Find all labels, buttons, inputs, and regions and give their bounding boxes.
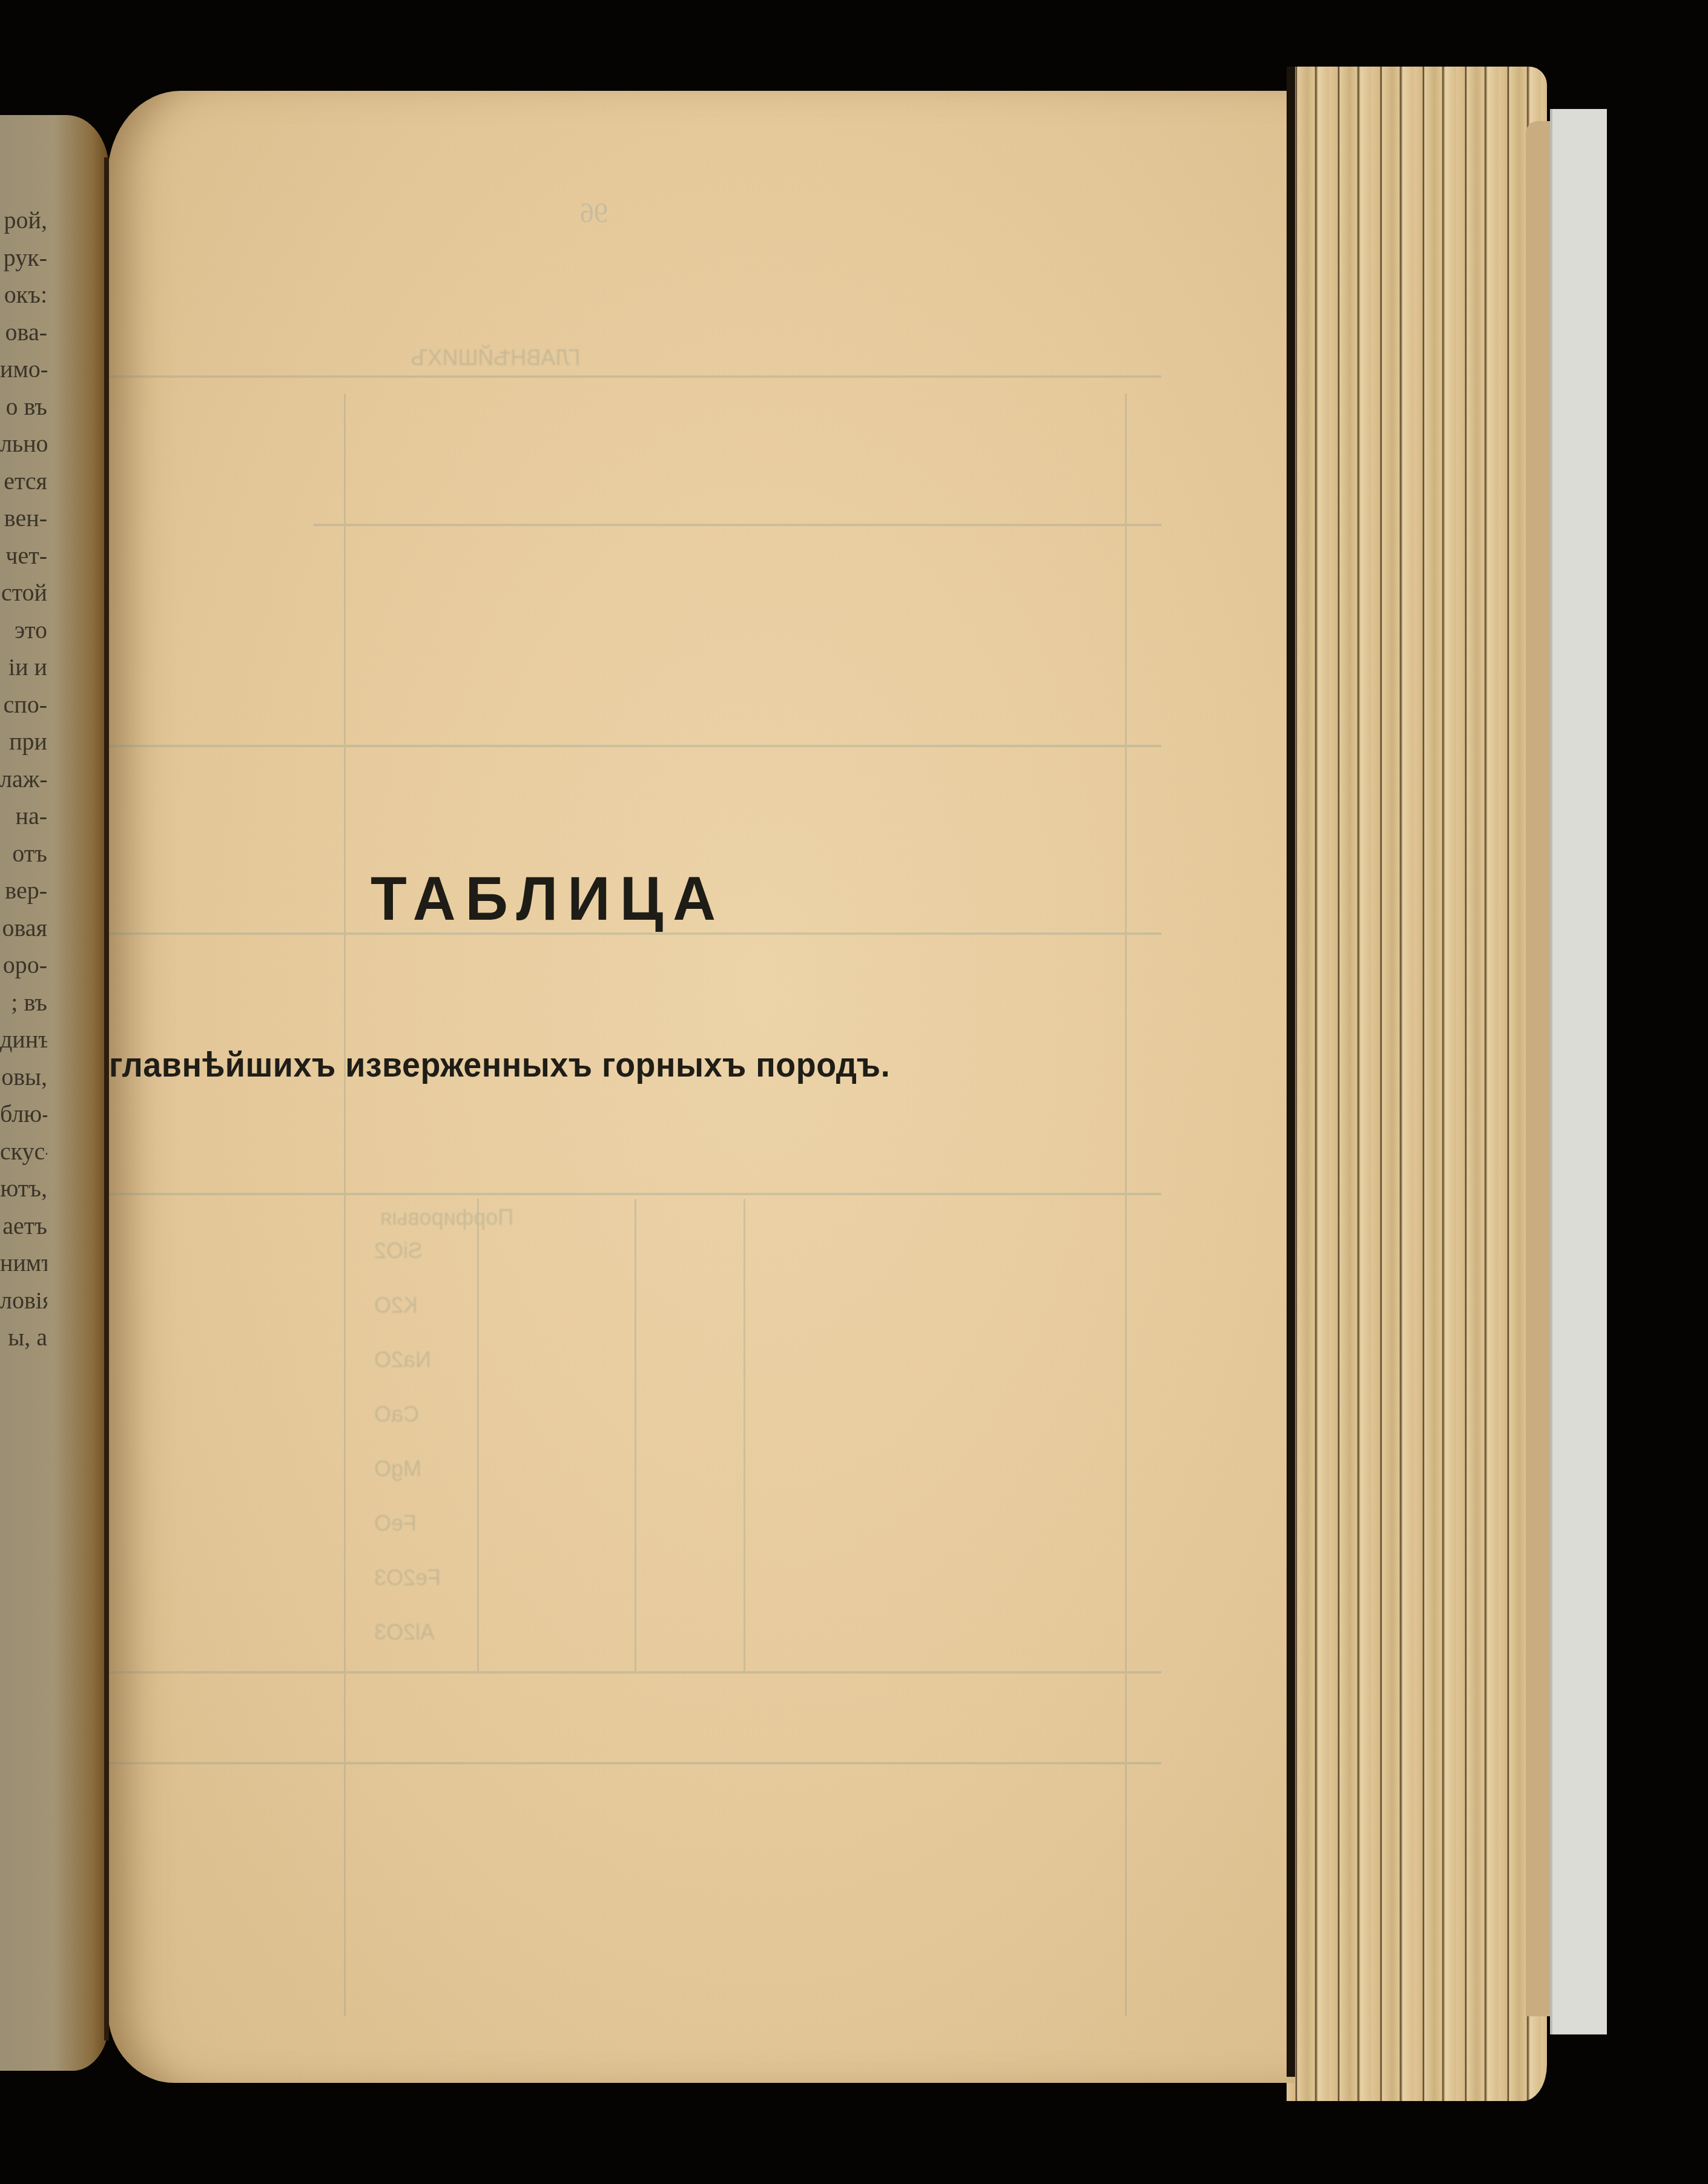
text-line: рой,: [0, 202, 47, 239]
page-edge-shadow: [1287, 67, 1295, 2077]
text-line: рук-: [0, 239, 47, 277]
book-gutter: [104, 157, 109, 2040]
text-line: окъ:: [0, 276, 47, 314]
text-line: ется: [0, 463, 47, 500]
text-line: о въ: [0, 388, 47, 426]
text-line: оро-: [0, 946, 47, 984]
text-line: ы, а: [0, 1319, 47, 1356]
page-stack-edges: [1287, 67, 1547, 2101]
text-line: ютъ,: [0, 1170, 47, 1207]
left-page-text: рой, рук- окъ: ова- имо- о въ льно ется …: [0, 202, 47, 1356]
text-line: имо-: [0, 351, 47, 388]
text-line: это: [0, 612, 47, 649]
text-line: при: [0, 723, 47, 760]
text-line: чет-: [0, 537, 47, 575]
text-line: ; въ: [0, 984, 47, 1021]
bleed-through-table: ГЛАВНѢЙШИХЪ Порфировыя SiO2 K2O Na2O CaO…: [108, 91, 1294, 2083]
text-line: нимъ: [0, 1244, 47, 1282]
right-page: ГЛАВНѢЙШИХЪ Порфировыя SiO2 K2O Na2O CaO…: [108, 91, 1294, 2083]
page-number-bleed: 96: [580, 197, 608, 229]
text-line: вен-: [0, 500, 47, 537]
page-subtitle: главнѣйшихъ изверженныхъ горныхъ породъ.: [109, 1044, 890, 1085]
flyleaf: [1550, 109, 1607, 2034]
text-line: блю-: [0, 1095, 47, 1133]
text-line: спо-: [0, 686, 47, 724]
text-line: стой: [0, 574, 47, 612]
text-line: на-: [0, 797, 47, 835]
page-title: ТАБЛИЦА: [0, 862, 1708, 934]
text-line: льно: [0, 425, 47, 463]
text-line: ловія: [0, 1282, 47, 1319]
text-line: динъ: [0, 1021, 47, 1058]
text-line: аетъ: [0, 1207, 47, 1245]
text-line: лаж-: [0, 760, 47, 798]
text-line: ова-: [0, 314, 47, 351]
text-line: овы,: [0, 1058, 47, 1096]
text-line: іи и: [0, 648, 47, 686]
text-line: скус-: [0, 1133, 47, 1170]
